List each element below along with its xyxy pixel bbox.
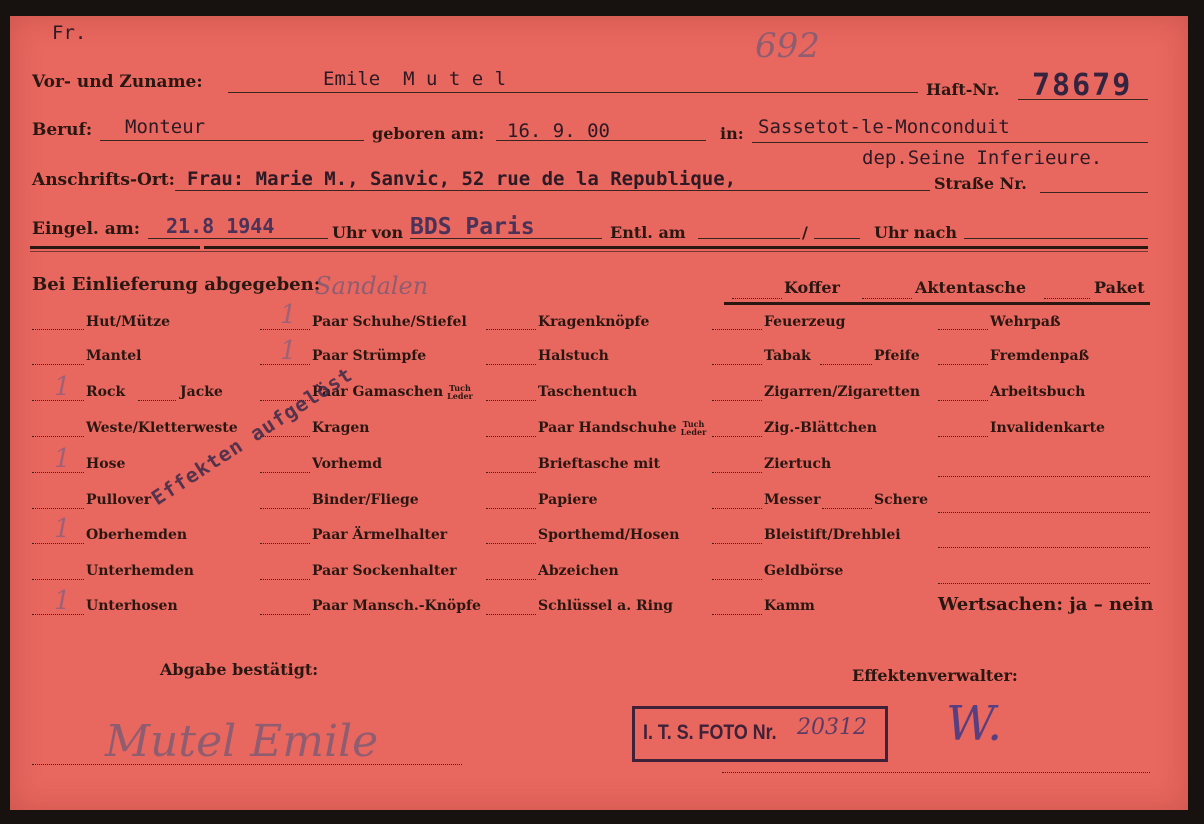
material-options: TuchLeder	[447, 384, 473, 400]
blank-line	[938, 476, 1150, 477]
item-label: Paar Handschuhe	[538, 420, 677, 436]
blank	[712, 329, 762, 330]
geboren-label: geboren am:	[372, 124, 484, 143]
blank	[486, 400, 536, 401]
uhr-nach-line	[964, 238, 1148, 239]
item-label: Messer	[764, 492, 820, 508]
item-label: Paar Schuhe/Stiefel	[312, 314, 467, 330]
beruf-value: Monteur	[125, 116, 205, 138]
blank	[486, 614, 536, 615]
item-label-with-sup: Paar HandschuheTuchLeder	[538, 420, 706, 436]
koffer-blank	[732, 298, 782, 299]
corner-note: Fr.	[52, 22, 86, 44]
item-label: Halstuch	[538, 348, 609, 364]
entl-label: Entl. am	[610, 223, 686, 242]
item-qty: 1	[280, 300, 297, 330]
paket-blank	[1044, 298, 1090, 299]
blank	[938, 436, 988, 437]
verwalter-label: Effektenverwalter:	[852, 666, 1018, 685]
item-label: Fremdenpaß	[990, 348, 1089, 364]
entl-sep: /	[802, 223, 808, 242]
item-label: Hut/Mütze	[86, 314, 170, 330]
rule-right	[204, 246, 1148, 249]
blank	[486, 579, 536, 580]
item-extra: Pfeife	[874, 348, 920, 364]
item-qty: 1	[54, 514, 71, 544]
uhr-von-label: Uhr von	[332, 223, 403, 242]
blank-line	[938, 512, 1150, 513]
birthplace-value: Sassetot-le-Monconduit	[758, 116, 1010, 138]
strasse-line	[1040, 192, 1148, 193]
luggage-aktentasche: Aktentasche	[915, 278, 1026, 297]
strasse-label: Straße Nr.	[934, 174, 1027, 193]
item-extra: Jacke	[180, 384, 223, 400]
eingel-value: 21.8 1944	[166, 214, 274, 238]
item-qty: 1	[280, 336, 297, 366]
blank	[486, 436, 536, 437]
blank	[260, 472, 310, 473]
rule-left	[30, 246, 200, 249]
blank	[712, 400, 762, 401]
wertsachen-label: Wertsachen: ja – nein	[938, 594, 1153, 615]
blank	[260, 543, 310, 544]
item-label: Kragenknöpfe	[538, 314, 649, 330]
item-label: Schlüssel a. Ring	[538, 598, 673, 614]
blank	[486, 364, 536, 365]
item-label: Oberhemden	[86, 527, 187, 543]
blank	[486, 508, 536, 509]
prisoner-signature: Mutel Emile	[105, 716, 378, 767]
blank	[32, 579, 84, 580]
item-label: Invalidenkarte	[990, 420, 1105, 436]
blank	[32, 436, 84, 437]
prisoner-effects-card: Fr. 692 Vor- und Zuname: Emile M u t e l…	[10, 16, 1188, 810]
item-label: Paar Strümpfe	[312, 348, 426, 364]
foto-stamp-label: I. T. S. FOTO Nr.	[643, 721, 777, 745]
birthplace-dept: dep.Seine Inferieure.	[862, 147, 1102, 169]
blank	[712, 472, 762, 473]
sup-leder: Leder	[447, 391, 473, 401]
name-label: Vor- und Zuname:	[32, 72, 203, 92]
item-label: Taschentuch	[538, 384, 637, 400]
blank	[486, 329, 536, 330]
blank	[938, 400, 988, 401]
name-line	[228, 92, 918, 93]
blank	[32, 364, 84, 365]
luggage-paket: Paket	[1094, 278, 1145, 297]
item-label: Pullover	[86, 492, 151, 508]
item-label: Sporthemd/Hosen	[538, 527, 679, 543]
aktentasche-blank	[862, 298, 912, 299]
blank-line	[938, 583, 1150, 584]
item-label: Papiere	[538, 492, 598, 508]
blank	[32, 508, 84, 509]
item-label: Paar Sockenhalter	[312, 563, 457, 579]
blank	[138, 400, 176, 401]
blank	[712, 364, 762, 365]
its-foto-stamp: I. T. S. FOTO Nr. 20312	[632, 706, 888, 762]
item-qty: 1	[54, 372, 71, 402]
blank	[260, 614, 310, 615]
item-label: Unterhemden	[86, 563, 194, 579]
beruf-line	[100, 140, 364, 141]
item-qty: 1	[54, 444, 71, 474]
blank	[712, 436, 762, 437]
section-title: Bei Einlieferung abgegeben:	[32, 274, 320, 295]
blank	[712, 543, 762, 544]
entl-time-line	[814, 238, 860, 239]
item-label: Zigarren/Zigaretten	[764, 384, 920, 400]
blank	[938, 364, 988, 365]
item-label: Wehrpaß	[990, 314, 1061, 330]
item-label: Zig.-Blättchen	[764, 420, 877, 436]
item-label: Mantel	[86, 348, 141, 364]
item-label: Feuerzeug	[764, 314, 845, 330]
item-label: Kamm	[764, 598, 815, 614]
haft-number: 78679	[1032, 68, 1132, 103]
sup-leder: Leder	[681, 427, 707, 437]
blank	[260, 579, 310, 580]
item-label: Binder/Fliege	[312, 492, 419, 508]
verwalter-signature: W.	[946, 696, 1002, 752]
pencil-number: 692	[755, 26, 820, 66]
section-handwritten-note: Sandalen	[315, 272, 428, 300]
item-label: Brieftasche mit	[538, 456, 660, 472]
blank	[822, 508, 872, 509]
blank	[712, 508, 762, 509]
item-label: Arbeitsbuch	[990, 384, 1085, 400]
blank	[260, 508, 310, 509]
item-label: Unterhosen	[86, 598, 178, 614]
luggage-koffer: Koffer	[784, 278, 840, 297]
anschrift-label: Anschrifts-Ort:	[32, 170, 175, 190]
in-line	[752, 142, 1148, 143]
item-label: Kragen	[312, 420, 370, 436]
blank	[938, 329, 988, 330]
verwalter-line	[722, 772, 1150, 773]
anschrift-value: Frau: Marie M., Sanvic, 52 rue de la Rep…	[187, 168, 736, 190]
blank	[712, 579, 762, 580]
eingel-line	[148, 238, 328, 239]
rule-thin	[30, 251, 1148, 252]
item-label: Bleistift/Drehblei	[764, 527, 901, 543]
blank	[32, 329, 84, 330]
blank	[712, 614, 762, 615]
item-label: Paar Mansch.-Knöpfe	[312, 598, 481, 614]
uhr-von-value: BDS Paris	[410, 214, 535, 240]
in-label: in:	[720, 124, 744, 143]
effects-released-stamp: Effekten aufgelöst	[147, 362, 357, 510]
blank	[486, 543, 536, 544]
eingel-label: Eingel. am:	[32, 219, 140, 239]
item-label: Tabak	[764, 348, 811, 364]
material-options: TuchLeder	[681, 420, 707, 436]
luggage-rule	[724, 302, 1150, 305]
item-label: Paar Ärmelhalter	[312, 527, 447, 543]
entl-date-line	[698, 238, 800, 239]
blank	[486, 472, 536, 473]
uhr-nach-label: Uhr nach	[874, 223, 957, 242]
anschrift-line	[175, 190, 930, 191]
item-qty: 1	[54, 586, 71, 616]
haft-label: Haft-Nr.	[926, 80, 1000, 99]
item-label: Weste/Kletterweste	[86, 420, 238, 436]
item-label: Vorhemd	[312, 456, 382, 472]
abgabe-label: Abgabe bestätigt:	[160, 660, 318, 679]
item-label: Abzeichen	[538, 563, 619, 579]
name-value: Emile M u t e l	[323, 68, 506, 90]
item-label: Ziertuch	[764, 456, 831, 472]
item-label: Rock	[86, 384, 125, 400]
blank	[820, 364, 872, 365]
geboren-value: 16. 9. 00	[507, 120, 610, 142]
item-label: Hose	[86, 456, 125, 472]
blank-line	[938, 547, 1150, 548]
foto-stamp-number: 20312	[797, 715, 867, 740]
beruf-label: Beruf:	[32, 120, 92, 140]
item-extra: Schere	[874, 492, 928, 508]
item-label: Geldbörse	[764, 563, 843, 579]
